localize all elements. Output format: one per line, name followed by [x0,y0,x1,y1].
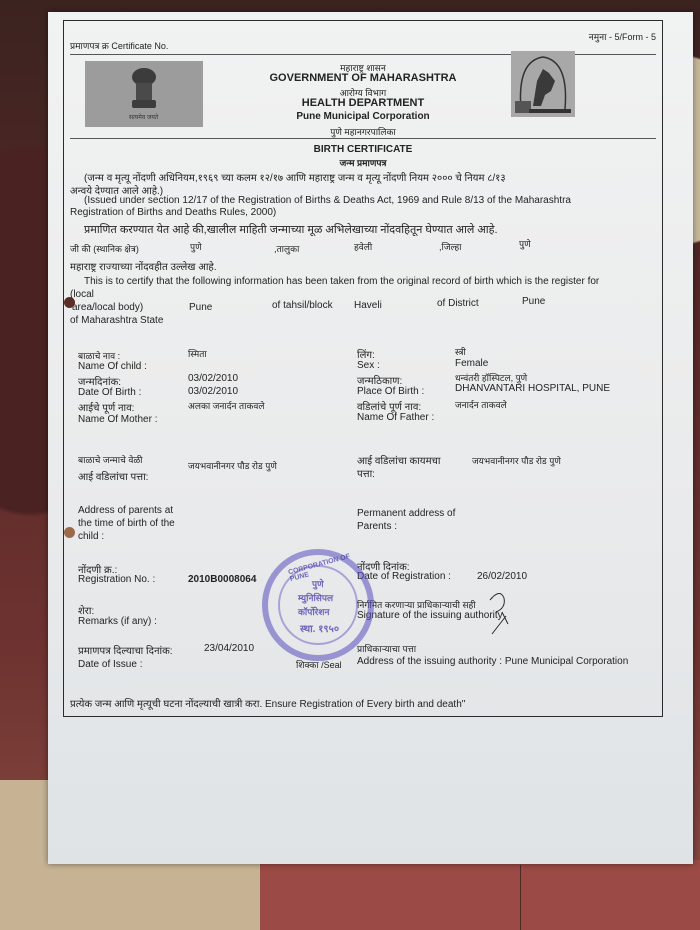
taluka-label-marathi: ,तालुका [274,242,299,255]
floor-background-red [260,860,700,930]
birth-address-label-marathi-1: बाळाचे जन्माचे वेळी [78,453,143,466]
pob-value: DHANVANTARI HOSPITAL, PUNE [455,383,610,394]
certificate-title: BIRTH CERTIFICATE [64,144,662,155]
punch-hole [64,527,75,538]
sex-value-marathi: स्त्री [455,345,466,358]
issue-date-label-marathi: प्रमाणपत्र दिल्याचा दिनांक: [78,643,173,657]
registration-date-value: 26/02/2010 [477,571,527,582]
stamp-line-1: पुणे [312,577,324,590]
signature-label: Signature of the issuing authority [357,610,503,621]
sex-label-marathi: लिंग: [357,347,375,361]
mother-name-value: अलका जनार्दन ताकवले [188,399,264,412]
issue-date-value: 23/04/2010 [204,643,254,654]
floor-crack [520,865,521,930]
local-area-label-2: area/local body) [72,302,143,313]
registration-date-label: Date of Registration : [357,571,451,582]
permanent-address-label-2: Parents : [357,521,397,532]
dob-label-marathi: जन्मदिनांक: [78,374,121,388]
stamp-line-4: स्था. १९५० [300,621,339,635]
stamp-line-2: म्युनिसिपल [298,591,333,604]
footer-note: प्रत्येक जन्म आणि मृत्यूची घटना नोंदल्या… [70,696,465,710]
authority-address: Address of the issuing authority : Pune … [357,656,628,667]
issue-date-label: Date of Issue : [78,659,142,670]
mother-name-label: Name Of Mother : [78,414,157,425]
local-area-label-marathi: जी की (स्थानिक क्षेत्र) [70,242,139,255]
corp-marathi: पुणे महानगरपालिका [64,125,662,138]
corp-english: Pune Municipal Corporation [64,111,662,122]
father-name-label-marathi: वडिलांचे पूर्ण नाव: [357,399,421,413]
form-number: नमुना - 5/Form - 5 [589,30,656,43]
certificate-number-label: प्रमाणपत्र क्र Certificate No. [70,39,168,52]
pob-label-marathi: जन्मठिकाण: [357,373,402,387]
remarks-label-marathi: शेरा: [78,603,94,617]
sex-label: Sex : [357,360,380,371]
district-label-marathi: ,जिल्हा [439,240,462,253]
header-rule-bottom [70,138,656,139]
pob-label: Place Of Birth : [357,386,424,397]
district-value-marathi: पुणे [519,237,531,250]
mother-name-label-marathi: आईचे पूर्ण नाव: [78,400,134,414]
issued-english-2: Registration of Births and Deaths Rules,… [70,207,276,218]
father-name-value: जनार्दन ताकवले [455,398,507,411]
state-english: of Maharashtra State [70,315,163,326]
gov-english: GOVERNMENT OF MAHARASHTRA [64,72,662,84]
certificate-title-marathi: जन्म प्रमाणपत्र [64,156,662,169]
tahsil-value: Haveli [354,300,382,311]
dob-value: 03/02/2010 [188,386,238,397]
permanent-address-label-marathi-1: आई वडिलांचा कायमचा [357,453,441,467]
certify-marathi: प्रमाणित करण्यात येत आहे की,खालील माहिती… [84,222,498,237]
child-name-label: Name Of child : [78,361,147,372]
father-name-label: Name Of Father : [357,412,434,423]
local-area-value-marathi: पुणे [190,240,202,253]
registration-no-value: 2010B0008064 [188,574,256,585]
registration-no-label: Registration No. : [78,574,155,585]
stamp-line-3: कॉर्पोरेशन [298,605,329,618]
certify-english: This is to certify that the following in… [84,276,599,287]
punch-hole [64,297,75,308]
permanent-address-label-1: Permanent address of [357,508,455,519]
birth-certificate-sheet: प्रमाणपत्र क्र Certificate No. नमुना - 5… [48,12,693,864]
dob-label: Date Of Birth : [78,387,141,398]
certificate-border: प्रमाणपत्र क्र Certificate No. नमुना - 5… [63,20,663,717]
issued-english-1: (Issued under section 12/17 of the Regis… [84,195,571,206]
district-label: of District [437,298,479,309]
child-name-value: स्मिता [188,347,207,360]
remarks-label: Remarks (if any) : [78,616,157,627]
authority-address-label-marathi: प्राधिकाऱ्याचा पत्ता [357,642,416,655]
dob-value-marathi: 03/02/2010 [188,373,238,384]
permanent-address-value: जयभवानीनगर पौड रोड पुणे [472,454,561,467]
local-area-value: Pune [189,302,212,313]
state-marathi: महाराष्ट्र राज्याच्या नोंदवहीत उल्लेख आह… [70,259,217,273]
birth-address-label-2: the time of birth of the [78,518,175,529]
birth-address-value: जयभवानीनगर पौड रोड पुणे [188,459,277,472]
permanent-address-label-marathi-2: पत्ता: [357,466,375,480]
sex-value: Female [455,358,488,369]
taluka-value-marathi: हवेली [354,240,372,253]
issued-marathi-1: (जन्म व मृत्यू नोंदणी अधिनियम,१९६९ च्या … [84,170,506,184]
signature-icon [484,586,514,636]
district-value: Pune [522,296,545,307]
birth-address-label-1: Address of parents at [78,505,173,516]
tahsil-label: of tahsil/block [272,300,333,311]
birth-address-label-marathi-2: आई वडिलांचा पत्ता: [78,469,148,483]
dept-english: HEALTH DEPARTMENT [64,97,662,109]
official-seal-stamp: CORPORATION OF PUNE पुणे म्युनिसिपल कॉर्… [262,549,374,661]
birth-address-label-3: child : [78,531,104,542]
